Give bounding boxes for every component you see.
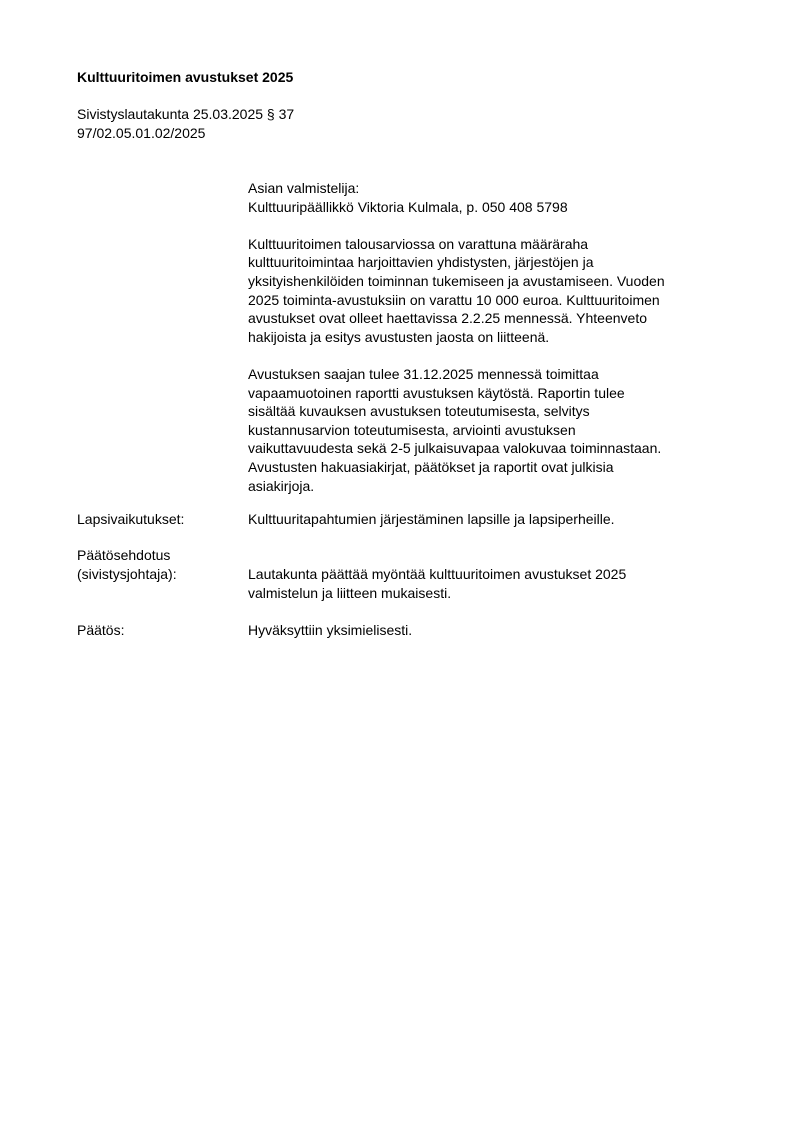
meeting-meta: Sivistyslautakunta 25.03.2025 § 37 97/02… bbox=[77, 105, 294, 142]
paragraph-line: vaikuttavuudesta sekä 2-5 julkaisuvapaa … bbox=[248, 439, 738, 458]
paragraph-line: kulttuuritoimintaa harjoittavien yhdisty… bbox=[248, 253, 738, 272]
paragraph-line: 2025 toiminta-avustuksiin on varattu 10 … bbox=[248, 291, 738, 310]
proposal-line: Lautakunta päättää myöntää kulttuuritoim… bbox=[248, 565, 626, 584]
preparer-value: Kulttuuripäällikkö Viktoria Kulmala, p. … bbox=[248, 198, 738, 217]
paragraph-line: asiakirjoja. bbox=[248, 477, 738, 496]
preparer-label: Asian valmistelija: bbox=[248, 179, 738, 198]
proposal-value: Lautakunta päättää myöntää kulttuuritoim… bbox=[248, 565, 626, 602]
paragraph-line: sisältää kuvauksen avustuksen toteutumis… bbox=[248, 402, 738, 421]
paragraph-line: kustannusarvion toteutumisesta, arvioint… bbox=[248, 421, 738, 440]
paragraph-line: yksityishenkilöiden toiminnan tukemiseen… bbox=[248, 272, 738, 291]
paragraph-budget: Kulttuuritoimen talousarviossa on varatt… bbox=[248, 235, 738, 347]
record-number: 97/02.05.01.02/2025 bbox=[77, 124, 294, 143]
paragraph-line: Avustuksen saajan tulee 31.12.2025 menne… bbox=[248, 365, 738, 384]
paragraph-line: Avustusten hakuasiakirjat, päätökset ja … bbox=[248, 458, 738, 477]
decision-label: Päätös: bbox=[77, 621, 124, 640]
document-title: Kulttuuritoimen avustukset 2025 bbox=[77, 68, 293, 87]
preparer-block: Asian valmistelija: Kulttuuripäällikkö V… bbox=[248, 179, 738, 216]
document-page: Kulttuuritoimen avustukset 2025 Sivistys… bbox=[0, 0, 794, 1122]
child-impact-value: Kulttuuritapahtumien järjestäminen lapsi… bbox=[248, 510, 615, 529]
paragraph-line: Kulttuuritoimen talousarviossa on varatt… bbox=[248, 235, 738, 254]
main-content: Asian valmistelija: Kulttuuripäällikkö V… bbox=[248, 179, 738, 514]
paragraph-line: vapaamuotoinen raportti avustuksen käytö… bbox=[248, 384, 738, 403]
paragraph-line: avustukset ovat olleet haettavissa 2.2.2… bbox=[248, 309, 738, 328]
meeting-line: Sivistyslautakunta 25.03.2025 § 37 bbox=[77, 105, 294, 124]
decision-value: Hyväksyttiin yksimielisesti. bbox=[248, 621, 412, 640]
child-impact-label: Lapsivaikutukset: bbox=[77, 510, 184, 529]
proposal-label-line2: (sivistysjohtaja): bbox=[77, 565, 177, 584]
proposal-line: valmistelun ja liitteen mukaisesti. bbox=[248, 584, 626, 603]
paragraph-line: hakijoista ja esitys avustusten jaosta o… bbox=[248, 328, 738, 347]
proposal-label-line1: Päätösehdotus bbox=[77, 546, 170, 565]
paragraph-reporting: Avustuksen saajan tulee 31.12.2025 menne… bbox=[248, 365, 738, 495]
